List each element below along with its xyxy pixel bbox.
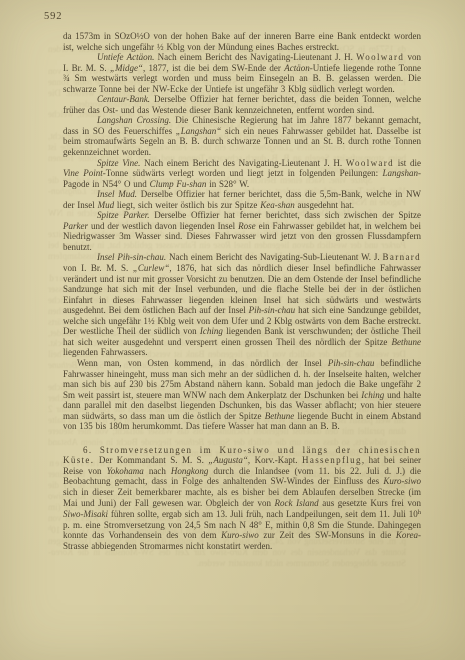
text-run: Parker (63, 221, 88, 231)
text-run: Kuro-siwo (221, 530, 259, 540)
text-run: Vine Point (63, 168, 103, 178)
text-run: Derselbe Offizier hat ferner berichtet, … (150, 210, 422, 220)
text-run: , 1877, ist die bei dem SW-Ende der (143, 63, 284, 73)
paragraph: Spitze Vine. Nach einem Bericht des Navi… (63, 158, 421, 190)
text-run: Hassenpflug (302, 455, 362, 465)
text-run: Langshan Crossing. (97, 115, 171, 125)
text-run: Insel Pih-sin-chau. (97, 252, 166, 262)
page-number: 592 (44, 11, 62, 22)
text-run: Rose (238, 221, 256, 231)
text-run: liegenden Fahrwassers. (63, 347, 148, 357)
text-run: Insel Mud. (97, 189, 137, 199)
text-run: h (48, 525, 51, 532)
text-run: Centaur-Bank. (97, 94, 150, 104)
text-run: zur Zeit des SW-Monsuns in die (259, 530, 396, 540)
text-run: da 1573m in SOzO½O von der hohen Bake au… (63, 31, 421, 52)
text-run: Clump Fu-shan (150, 179, 207, 189)
text-run: von I. Br. M. S. (63, 263, 133, 273)
text-run: in S28° W. (206, 179, 249, 189)
text-run: Rock Island (275, 498, 319, 508)
scanned-book-page: da 1573m in SOzO½O von der hohen Bake au… (0, 0, 465, 660)
text-run: Spitze Vine. (97, 158, 140, 168)
paragraph: Spitze Parker. Derselbe Offizier hat fer… (63, 210, 421, 252)
text-run: „Augusta“ (208, 455, 248, 465)
text-column: da 1573m in SOzO½O von der hohen Bake au… (63, 31, 421, 551)
text-run: ausgedehnt hat. (295, 200, 354, 210)
text-run: Kea-shan (260, 200, 295, 210)
text-run: Siwo-Misaki (63, 509, 108, 519)
paragraph: Insel Mud. Derselbe Offizier hat ferner … (63, 189, 421, 210)
text-run: „Curlew“ (133, 263, 170, 273)
paragraph: da 1573m in SOzO½O von der hohen Bake au… (63, 31, 421, 52)
section-paragraph: 6. Stromversetzungen im Kuro-siwo und lä… (63, 445, 421, 551)
text-run: Spitze Parker. (97, 210, 150, 220)
paragraph: Langshan Crossing. Die Chinesische Regie… (63, 115, 421, 157)
text-run: Wenn man, von Osten kommend, in das nörd… (77, 358, 328, 368)
text-run: Mud (98, 200, 115, 210)
text-run: Der Kommandant S. M. S. (94, 455, 208, 465)
text-run: Nach einem Bericht des Navigating-Lieute… (154, 52, 356, 62)
text-run: Yokohama (107, 466, 144, 476)
text-run: Nach einem Bericht des Navigating-Lieute… (140, 158, 346, 168)
text-run: , Korv.-Kapt. (248, 455, 302, 465)
text-run: ist die (394, 158, 421, 168)
text-run: Kuro-siwo (383, 476, 421, 486)
text-run: Langshan (382, 168, 418, 178)
text-run: Woolward (346, 158, 394, 168)
text-run: „Langshan“ (176, 126, 222, 136)
text-run: Untiefe Actäon. (97, 52, 154, 62)
text-run: Bethune (392, 337, 422, 347)
text-run: nach (144, 466, 171, 476)
text-run: Barnard (383, 252, 421, 262)
text-run: Woolward (356, 52, 404, 62)
text-run: „Midge“ (110, 63, 143, 73)
text-run: Nach einem Bericht des Navigating-Sub-Li… (166, 252, 382, 262)
text-run: Hongkong (171, 466, 209, 476)
text-run: liegt, sich weiter östlich bis zur Spitz… (114, 200, 260, 210)
text-run: Iching (200, 326, 223, 336)
text-run: Iching (361, 390, 384, 400)
text-run: Actäon (284, 63, 310, 73)
text-run: Korea (396, 530, 418, 540)
text-run: und der westlich davon liegenden Insel (88, 221, 238, 231)
paragraph: Centaur-Bank. Derselbe Offizier hat fern… (63, 94, 421, 115)
text-run: aus gesetzte Kurs frei von (319, 498, 421, 508)
text-run: Bethune (265, 411, 295, 421)
paragraph: Insel Pih-sin-chau. Nach einem Bericht d… (63, 252, 421, 357)
text-run: h (418, 509, 421, 516)
paragraph: Untiefe Actäon. Nach einem Bericht des N… (63, 52, 421, 94)
text-run: führen sollte, ergab sich am 13. Juli fr… (108, 509, 418, 519)
text-run: -Tonne südwärts verlegt worden und liegt… (103, 168, 383, 178)
text-run: Pih-sin-chau (328, 358, 375, 368)
paragraph: Wenn man, von Osten kommend, in das nörd… (63, 358, 421, 432)
text-run: Pih-sin-chau (249, 305, 296, 315)
